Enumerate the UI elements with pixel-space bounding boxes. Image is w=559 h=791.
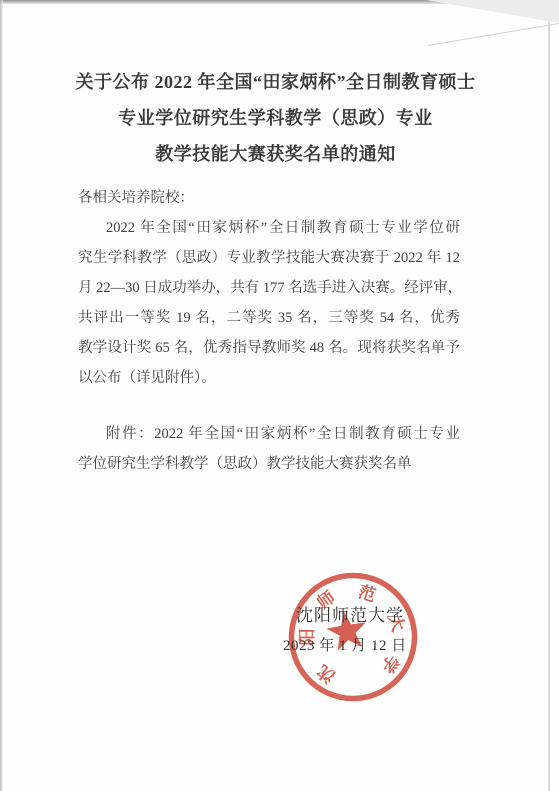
signature-organization: 沈阳师范大学 (296, 601, 404, 626)
attachment-line: 附件：2022 年全国“田家炳杯”全日制教育硕士专业 (106, 419, 460, 449)
body-line: 2022 年全国“田家炳杯”全日制教育硕士专业学位研 (106, 213, 460, 243)
title-line-1: 关于公布 2022 年全国“田家炳杯”全日制教育硕士 (0, 64, 551, 100)
title-line-2: 专业学位研究生学科教学（思政）专业 (0, 100, 551, 136)
body-line: 以公布（详见附件）。 (78, 363, 460, 393)
attachment-line: 学位研究生学科教学（思政）教学技能大赛获奖名单 (78, 449, 460, 479)
document-title: 关于公布 2022 年全国“田家炳杯”全日制教育硕士 专业学位研究生学科教学（思… (0, 64, 551, 172)
scan-corner-shadow (426, 0, 559, 23)
body-line: 教学设计奖 65 名，优秀指导教师奖 48 名。现将获奖名单予 (78, 333, 460, 363)
salutation: 各相关培养院校： (78, 183, 460, 213)
seal-ring-char: 学 (377, 651, 403, 677)
title-line-3: 教学技能大赛获奖名单的通知 (0, 136, 551, 172)
document-body: 各相关培养院校： 2022 年全国“田家炳杯”全日制教育硕士专业学位研 究生学科… (78, 183, 460, 393)
attachment-reference: 附件：2022 年全国“田家炳杯”全日制教育硕士专业 学位研究生学科教学（思政）… (78, 419, 460, 479)
body-line: 究生学科教学（思政）专业教学技能大赛决赛于 2022 年 12 (78, 243, 460, 273)
body-line: 共评出一等奖 19 名，二等奖 35 名，三等奖 54 名，优秀 (78, 303, 460, 333)
signature-date: 2023 年 1 月 12 日 (283, 634, 407, 655)
scan-corner-edge-line (428, 23, 559, 46)
body-line: 月 22—30 日成功举办，共有 177 名选手进入决赛。经评审， (78, 273, 460, 303)
scanned-notice-page: 关于公布 2022 年全国“田家炳杯”全日制教育硕士 专业学位研究生学科教学（思… (0, 0, 559, 791)
